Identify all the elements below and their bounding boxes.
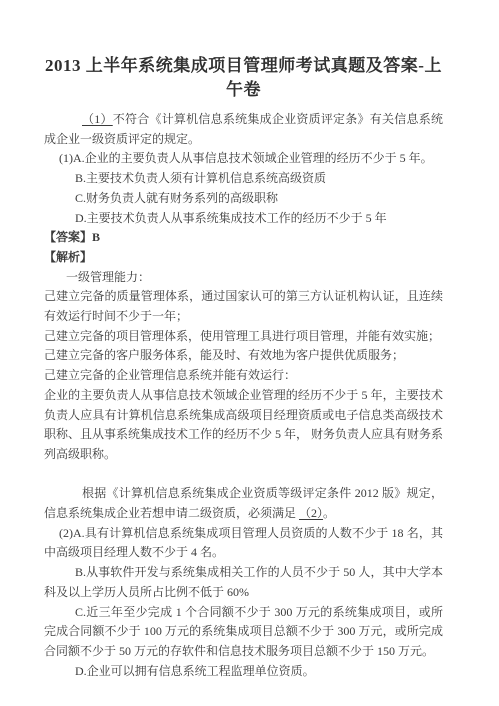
analysis-line-customer-system: 己建立完备的客户服务体系，能及时、有效地为客户提供优质服务；	[44, 346, 443, 366]
question-2-option-a: (2)A.具有计算机信息系统集成项目管理人员资质的人数不少于 18 名，其中高级…	[44, 524, 443, 563]
text-segment: (2)A.具有计算机信息系统集成项目管理人员资质的人数不少于 18 名，其中高级…	[44, 526, 443, 560]
document-page: 2013 上半年系统集成项目管理师考试真题及答案-上午卷 （1）不符合《计算机信…	[0, 0, 499, 706]
text-segment: D.主要技术负责人从事系统集成技术工作的经历不少于 5 年	[75, 211, 387, 225]
question-2-stem: 根据《计算机信息系统集成企业资质等级评定条件 2012 版》规定，信息系统集成企…	[44, 484, 443, 523]
text-segment: 己建立完备的质量管理体系，通过国家认可的第三方认证机构认证，且连续有效运行时间不…	[44, 289, 443, 323]
analysis-heading: 【解析】	[44, 248, 443, 268]
text-segment: 己建立完备的企业管理信息系统并能有效运行：	[44, 368, 296, 382]
question-1-stem: （1）不符合《计算机信息系统集成企业资质评定条》有关信息系统成企业一级资质评定的…	[44, 110, 443, 149]
document-body: （1）不符合《计算机信息系统集成企业资质评定条》有关信息系统成企业一级资质评定的…	[44, 110, 443, 681]
analysis-line-personnel: 企业的主要负责人从事信息技术领域企业管理的经历不少于 5 年，主要技术负责人应具…	[44, 386, 443, 465]
text-segment: C.财务负责人就有财务系列的高级职称	[75, 191, 278, 205]
text-segment: 根据《计算机信息系统集成企业资质等级评定条件 2012 版》规定，信息系统集成企…	[44, 486, 443, 520]
text-segment: B.主要技术负责人须有计算机信息系统高级资质	[75, 171, 326, 185]
text-segment: 【答案】B	[44, 230, 100, 244]
question-1-option-c: C.财务负责人就有财务系列的高级职称	[44, 189, 443, 209]
answer-line: 【答案】B	[44, 228, 443, 248]
text-segment: 。	[323, 506, 335, 520]
analysis-line-capability: 一级管理能力：	[44, 268, 443, 288]
question-number-underlined: （1）	[82, 112, 113, 126]
question-2-option-b: B.从事软件开发与系统集成相关工作的人员不少于 50 人，其中大学本科及以上学历…	[44, 563, 443, 602]
text-segment: 企业的主要负责人从事信息技术领域企业管理的经历不少于 5 年，主要技术负责人应具…	[44, 388, 443, 461]
blank-line	[44, 465, 443, 485]
text-segment: 己建立完备的项目管理体系，使用管理工具进行项目管理，并能有效实施；	[44, 329, 440, 343]
text-segment: 己建立完备的客户服务体系，能及时、有效地为客户提供优质服务；	[44, 348, 404, 362]
text-segment: (1)A.企业的主要负责人从事信息技术领域企业管理的经历不少于 5 年。	[59, 151, 433, 165]
question-1-option-d: D.主要技术负责人从事系统集成技术工作的经历不少于 5 年	[44, 209, 443, 229]
analysis-line-mis-system: 己建立完备的企业管理信息系统并能有效运行：	[44, 366, 443, 386]
analysis-line-project-system: 己建立完备的项目管理体系，使用管理工具进行项目管理，并能有效实施；	[44, 327, 443, 347]
question-1-option-a: (1)A.企业的主要负责人从事信息技术领域企业管理的经历不少于 5 年。	[44, 149, 443, 169]
question-2-option-d: D.企业可以拥有信息系统工程监理单位资质。	[44, 662, 443, 682]
text-segment: D.企业可以拥有信息系统工程监理单位资质。	[75, 664, 315, 678]
text-segment: B.从事软件开发与系统集成相关工作的人员不少于 50 人，其中大学本科及以上学历…	[44, 565, 443, 599]
question-number-underlined: （2）	[299, 506, 323, 520]
text-segment: 一级管理能力：	[66, 270, 150, 284]
text-segment: 【解析】	[44, 250, 92, 264]
question-1-option-b: B.主要技术负责人须有计算机信息系统高级资质	[44, 169, 443, 189]
page-title: 2013 上半年系统集成项目管理师考试真题及答案-上午卷	[44, 54, 443, 102]
analysis-line-quality-system: 己建立完备的质量管理体系，通过国家认可的第三方认证机构认证，且连续有效运行时间不…	[44, 287, 443, 326]
text-segment: C.近三年至少完成 1 个合同额不少于 300 万元的系统集成项目，或所完成合同…	[44, 605, 443, 658]
question-2-option-c: C.近三年至少完成 1 个合同额不少于 300 万元的系统集成项目，或所完成合同…	[44, 603, 443, 662]
